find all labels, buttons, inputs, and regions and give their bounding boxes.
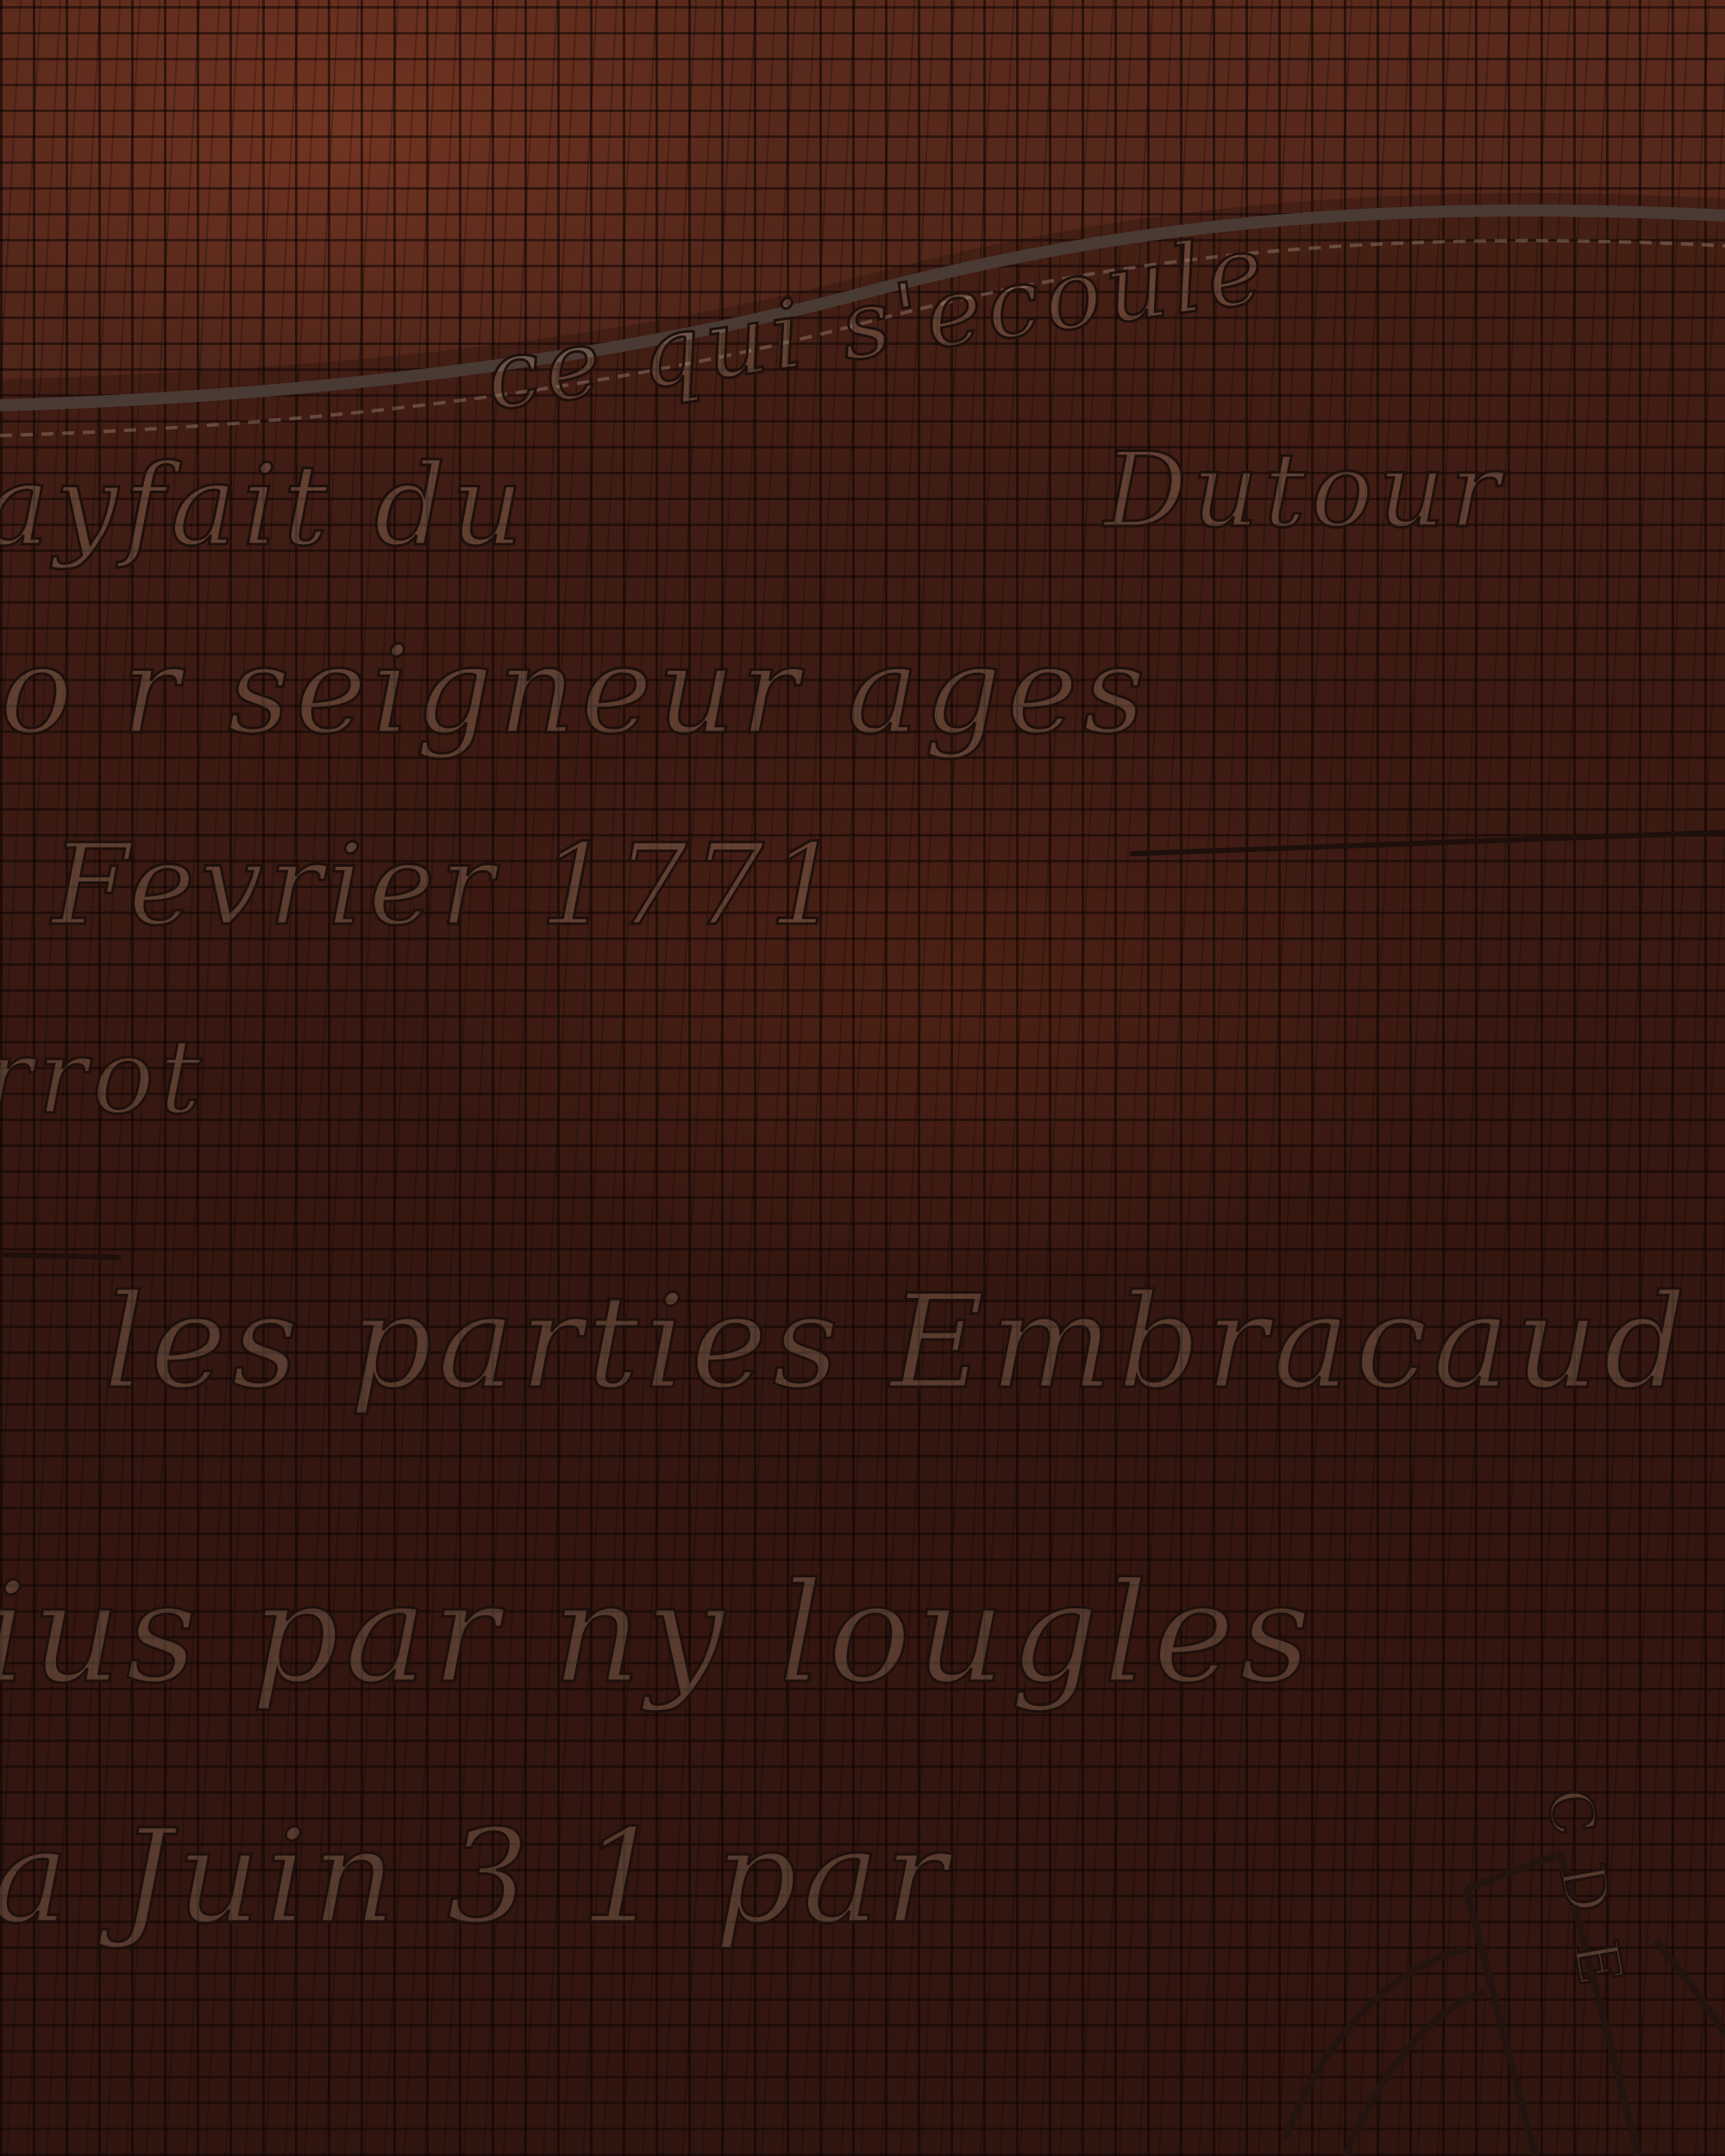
script-line: les parties Embracaud — [103, 1268, 1691, 1418]
script-line: ius par ny lougles — [0, 1552, 1316, 1714]
script-line: rrot — [0, 1018, 206, 1138]
script-line: a Juin 3 1 par — [0, 1802, 952, 1952]
script-line: Fevrier 1771 — [52, 819, 845, 950]
script-line: o r seigneur ages — [0, 621, 1151, 761]
leather-photo: ce qui s'ecouleayfait du Dutouro r seign… — [0, 0, 1725, 2156]
script-line: Dutour — [1104, 431, 1505, 551]
script-line: ayfait du — [0, 440, 529, 571]
